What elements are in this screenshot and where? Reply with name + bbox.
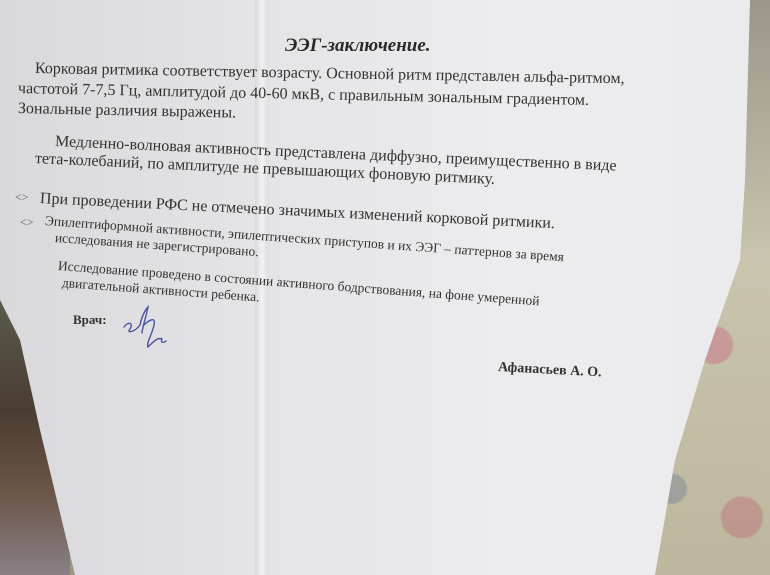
document-title: ЭЭГ-заключение. — [285, 35, 431, 57]
bullet-marker-2: <> — [20, 215, 34, 230]
signature-label: Врач: — [73, 312, 107, 328]
signature-icon — [120, 303, 180, 351]
p1-line3: Зональные различия выражены. — [18, 100, 236, 123]
bullet-marker-1: <> — [15, 190, 29, 205]
doctor-name: Афанасьев А. О. — [498, 360, 602, 381]
eeg-report-paper: ЭЭГ-заключение. Корковая ритмика соответ… — [0, 0, 770, 575]
